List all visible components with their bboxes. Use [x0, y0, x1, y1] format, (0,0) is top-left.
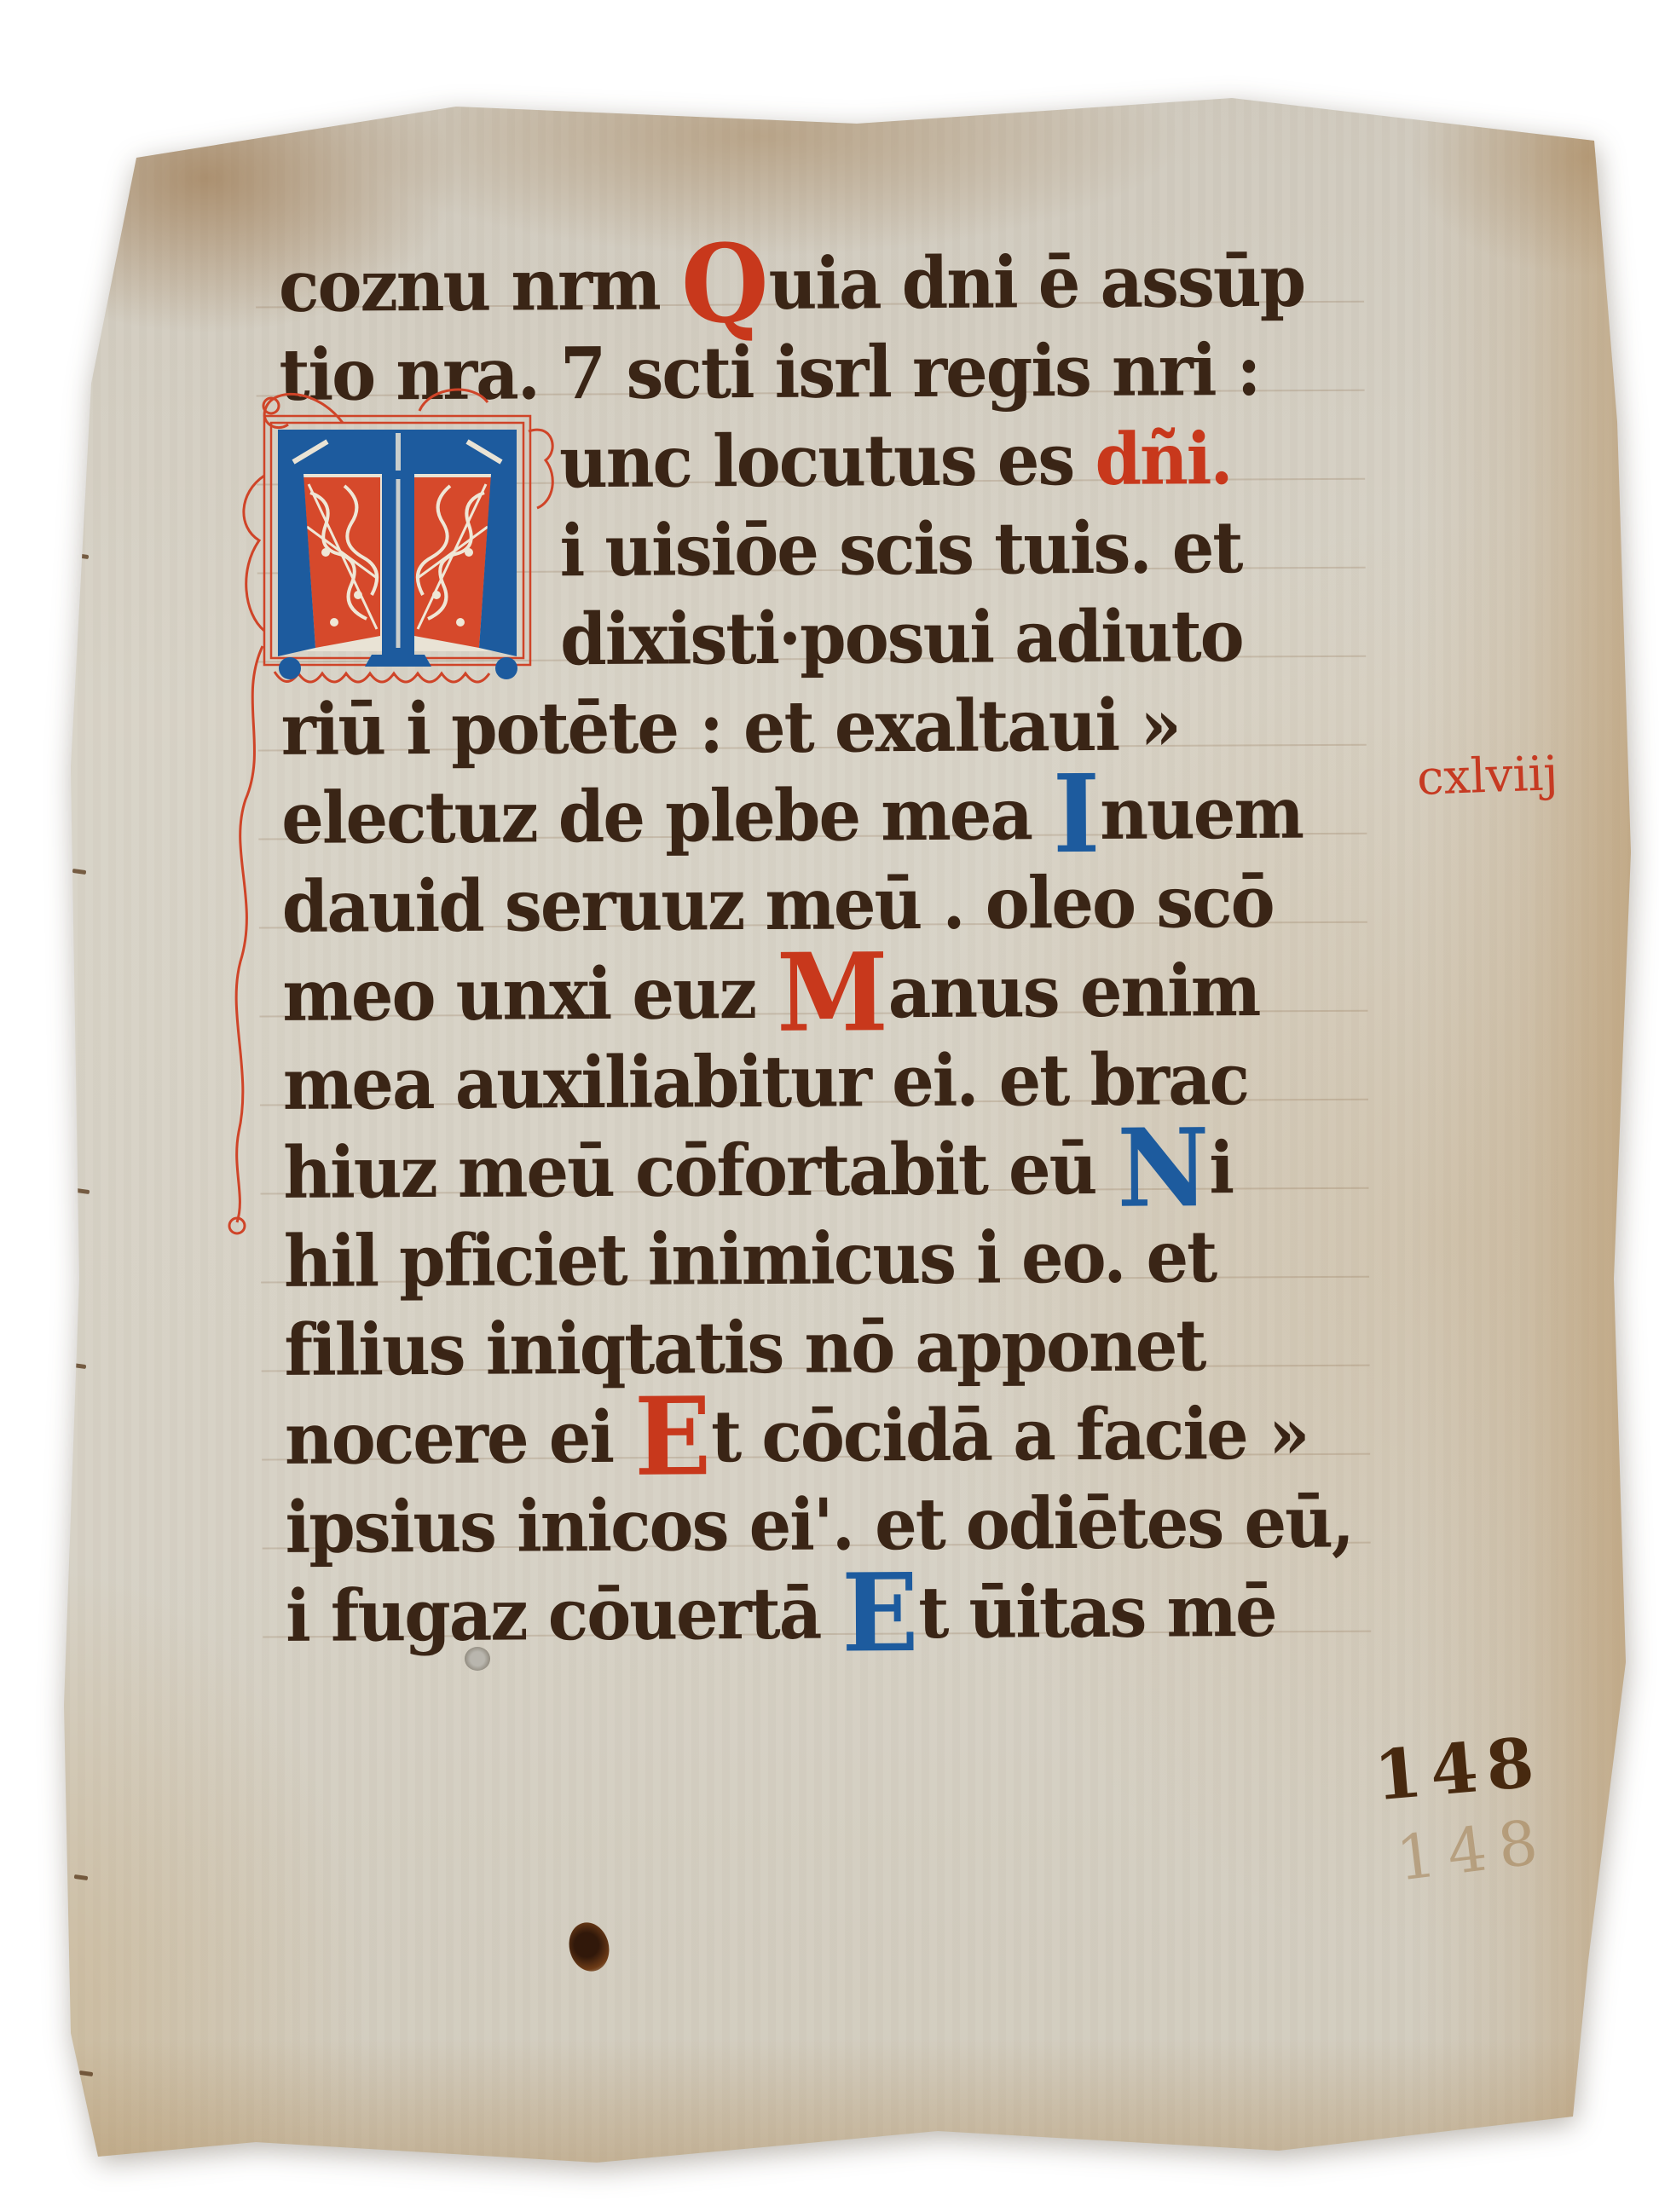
folio-number: cxlviij	[1416, 746, 1559, 806]
manuscript-text-line: ipsius inicos ei'. et odiētes eū,	[285, 1487, 1353, 1564]
text-segment: nuem	[1100, 772, 1303, 857]
manuscript-text-line: nocere ei Et cōcidā a facie »	[285, 1399, 1309, 1476]
text-segment: ipsius inicos ei'. et odiētes eū,	[285, 1481, 1353, 1569]
text-segment: filius iniqtatis nō apponet	[284, 1304, 1205, 1392]
photo-of-manuscript-leaf: coznu nrm Quia dni ē assūptio nra. 7 sct…	[0, 0, 1659, 2212]
illuminated-initial-blue: I	[1053, 750, 1101, 877]
text-segment: anus enim	[888, 950, 1260, 1035]
text-segment: i fugaz cōuertā	[286, 1572, 842, 1658]
text-segment: i uisiōe scis tuis. et	[559, 506, 1241, 593]
text-segment: uia dni ē assūp	[768, 240, 1304, 326]
illuminated-initial-red: dñi.	[1095, 418, 1232, 501]
text-segment: coznu nrm	[279, 243, 681, 328]
text-segment: i	[1209, 1127, 1233, 1210]
illuminated-initial-blue: E	[841, 1549, 919, 1676]
text-segment: unc locutus es	[559, 419, 1095, 505]
manuscript-text-line: i fugaz cōuertā Et ūitas mē	[286, 1576, 1276, 1653]
illuminated-initial-red: Q	[680, 220, 769, 347]
text-segment: t cōcidā a facie »	[711, 1393, 1309, 1479]
decorated-initial-T	[215, 373, 564, 1243]
illuminated-initial-red: E	[634, 1372, 712, 1499]
illuminated-initial-red: M	[777, 928, 888, 1055]
manuscript-text-line: i uisiōe scis tuis. et	[559, 512, 1241, 587]
text-segment: t ūitas mē	[918, 1570, 1276, 1655]
manuscript-text-line: unc locutus es dñi.	[559, 424, 1232, 500]
manuscript-text-line: filius iniqtatis nō apponet	[284, 1311, 1205, 1387]
text-segment: nocere ei	[285, 1396, 635, 1481]
manuscript-text-line: dixisti·posui adiuto	[560, 601, 1243, 676]
illuminated-initial-blue: N	[1117, 1104, 1210, 1231]
manuscript-text-line: coznu nrm Quia dni ē assūp	[279, 246, 1305, 323]
text-segment: dixisti·posui adiuto	[560, 595, 1243, 682]
page-number-ink: 148	[1371, 1722, 1545, 1816]
